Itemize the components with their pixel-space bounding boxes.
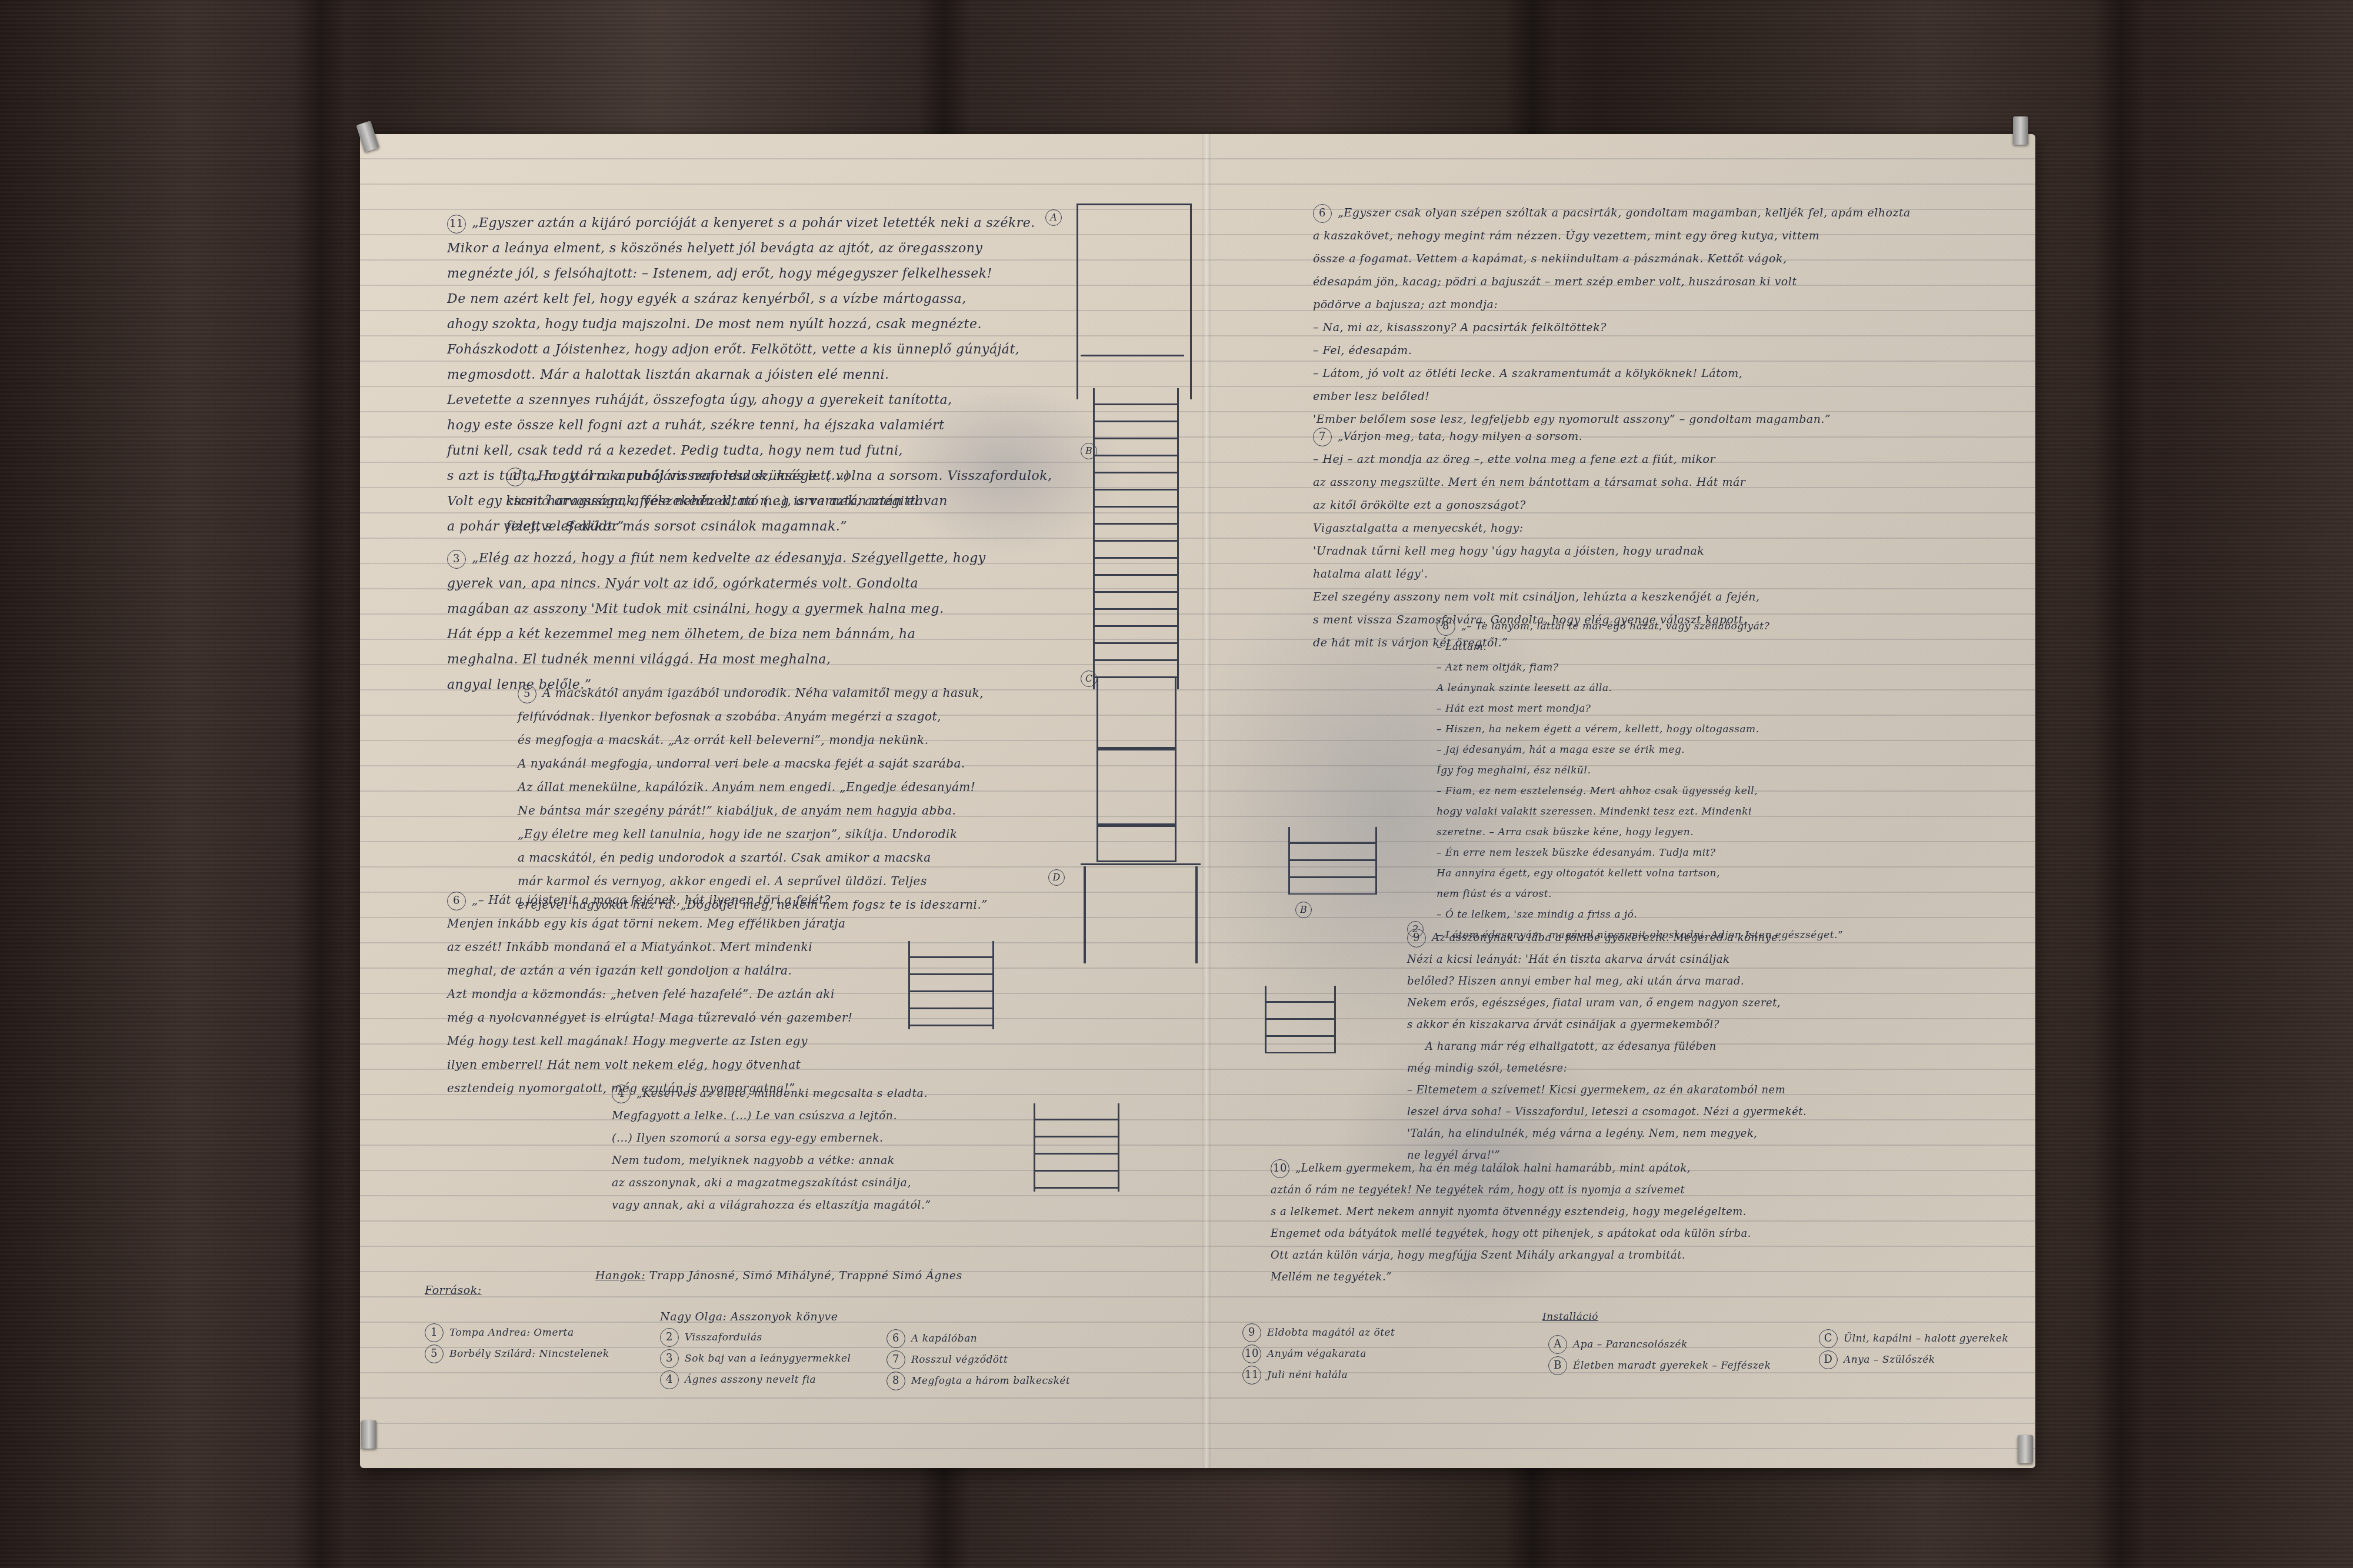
- velvet-fold: [294, 0, 347, 1568]
- text-block-5: 5A macskától anyám igazából undorodik. N…: [518, 681, 1106, 916]
- binder-clip: [2018, 1435, 2033, 1463]
- drawing-ladder-rung: [1096, 823, 1176, 862]
- brick-sketch: [1265, 986, 1336, 1053]
- text-block-4: 4„Keserves az élete, mindenki megcsalta …: [612, 1082, 1094, 1216]
- brick-sketch: [908, 941, 994, 1029]
- installation-list-left: AApa – Parancsolószék BÉletben maradt gy…: [1548, 1334, 1771, 1376]
- text-block-9: 9Az asszonynak a lába a földbe gyökerezi…: [1407, 927, 1995, 1166]
- drawing-marker-c: C: [1081, 670, 1097, 687]
- text-block-1: 1„Ha attól a kapuból visszafordulok, más…: [506, 463, 1094, 539]
- text-block-6-right: 6„Egyszer csak olyan szépen szóltak a pa…: [1313, 202, 1989, 431]
- voices-credit: Hangok: Trapp Jánosné, Simó Mihályné, Tr…: [595, 1263, 962, 1289]
- drawing-marker-d: D: [1048, 869, 1065, 886]
- text-block-8: 8„– Te lányom, láttál te már égő házat, …: [1437, 616, 1966, 946]
- drawing-marker-b: B: [1295, 902, 1312, 918]
- drawing-ladder-rung: [1096, 676, 1176, 750]
- drawing-marker-a: A: [1045, 209, 1062, 226]
- sources-list-middle: 2Visszafordulás 3Sok baj van a leánygyer…: [660, 1327, 851, 1390]
- drawing-top-frame: [1076, 203, 1192, 399]
- drawing-marker-b: B: [1081, 443, 1097, 459]
- drawing-seat: [1081, 863, 1201, 868]
- velvet-fold: [2094, 0, 2147, 1568]
- drawing-ladder-rung: [1096, 747, 1176, 827]
- binder-clip: [2013, 116, 2028, 145]
- drawing-leg: [1084, 866, 1086, 963]
- book-title: Nagy Olga: Asszonyok könyve: [660, 1305, 838, 1330]
- sources-heading: Források:: [425, 1278, 482, 1303]
- installation-heading: Installáció: [1542, 1305, 1598, 1330]
- sources-list-right: 6A kapálóban 7Rosszul végződött 8Megfogt…: [886, 1328, 1070, 1392]
- drawing-leg: [1195, 866, 1198, 963]
- sources-list-left: 1Tompa Andrea: Omerta 5Borbély Szilárd: …: [425, 1322, 609, 1365]
- binder-clip: [361, 1420, 376, 1449]
- manuscript-paper: 11„Egyszer aztán a kijáró porcióját a ke…: [360, 134, 2035, 1468]
- brick-sketch: [1034, 1103, 1119, 1192]
- text-block-3: 3„Elég az hozzá, hogy a fiút nem kedvelt…: [447, 546, 1094, 698]
- brick-sketch: [1288, 827, 1377, 895]
- text-block-10: 10„Lelkem gyermekem, ha én még találok h…: [1271, 1157, 1977, 1288]
- chapter-list: 9Eldobta magától az ötet 10Anyám végakar…: [1242, 1322, 1395, 1386]
- installation-list-right: CÜlni, kapálni – halott gyerekek DAnya –…: [1819, 1328, 2008, 1370]
- drawing-crossbar: [1081, 355, 1184, 356]
- drawing-brick-column: [1093, 388, 1179, 689]
